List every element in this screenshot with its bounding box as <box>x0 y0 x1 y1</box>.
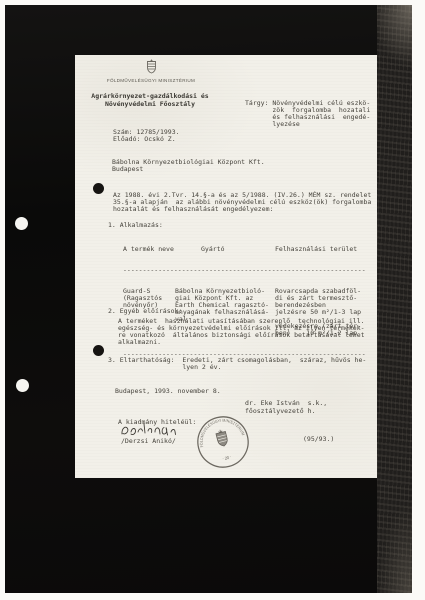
signer-block: dr. Eke István s.k., főosztályvezető h. <box>245 400 327 415</box>
scanned-document-page: FÖLDMŰVELÉSÜGYI MINISZTÉRIUM Agrárkörnye… <box>0 0 425 600</box>
section-3-shelf-life: 3. Eltarthatóság: Eredeti, zárt csomagol… <box>108 357 366 371</box>
table-header-row: A termék neve Gyártó Felhasználási terül… <box>123 246 371 253</box>
table-header-manufacturer: Gyártó <box>175 246 275 253</box>
punch-hole-backing-bottom <box>16 379 29 392</box>
stamp-bottom-text: · 20 · <box>221 454 232 462</box>
intro-paragraph: Az 1988. évi 2.Tvr. 14.§-a és az 5/1988.… <box>113 192 371 213</box>
department-name: Agrárkörnyezet-gazdálkodási és Növényvéd… <box>80 93 220 108</box>
dateline: Budapest, 1993. november 8. <box>115 388 221 395</box>
section-2-body: A terméket használati utasításában szere… <box>118 318 365 346</box>
punch-hole-paper-top <box>93 183 104 194</box>
punch-hole-paper-bottom <box>93 345 104 356</box>
table-header-product: A termék neve <box>123 246 175 253</box>
table-header-usage: Felhasználási terület <box>275 246 371 253</box>
svg-text:· 20 ·: · 20 · <box>221 454 232 462</box>
recipient-block: Bábolna Környezetbiológiai Központ Kft. … <box>112 159 265 173</box>
subject-block: Tárgy: Növényvédelmi célú eszkö- zök for… <box>245 100 370 128</box>
stamp-crest-icon <box>215 429 228 448</box>
ministry-round-stamp: FÖLDMŰVELÉSÜGYI MINISZTÉRIUM · 20 · <box>188 407 258 477</box>
section-1-title: 1. Alkalmazás: <box>108 222 163 229</box>
reference-block: Szám: 12785/1993. Előadó: Ocskó Z. <box>113 129 180 143</box>
document-paper: FÖLDMŰVELÉSÜGYI MINISZTÉRIUM Agrárkörnye… <box>75 55 377 478</box>
authorization-table: A termék neve Gyártó Felhasználási terül… <box>123 232 371 372</box>
scan-edge-noise-band <box>377 5 412 593</box>
signer-title: főosztályvezető h. <box>245 407 315 415</box>
attestor-typed-name: /Derzsi Anikó/ <box>121 438 176 445</box>
ministry-name: FÖLDMŰVELÉSÜGYI MINISZTÉRIUM <box>75 78 227 83</box>
cell-product-name: Guard-S (Ragasztós növényőr) <box>123 288 175 309</box>
section-2-title: 2. Egyéb előírások: <box>108 308 182 315</box>
letterhead-crest-icon <box>145 59 158 79</box>
table-separator-top: ----------------------------------------… <box>123 267 367 274</box>
file-note: (95/93.) <box>303 436 334 443</box>
punch-hole-backing-top <box>15 217 28 230</box>
